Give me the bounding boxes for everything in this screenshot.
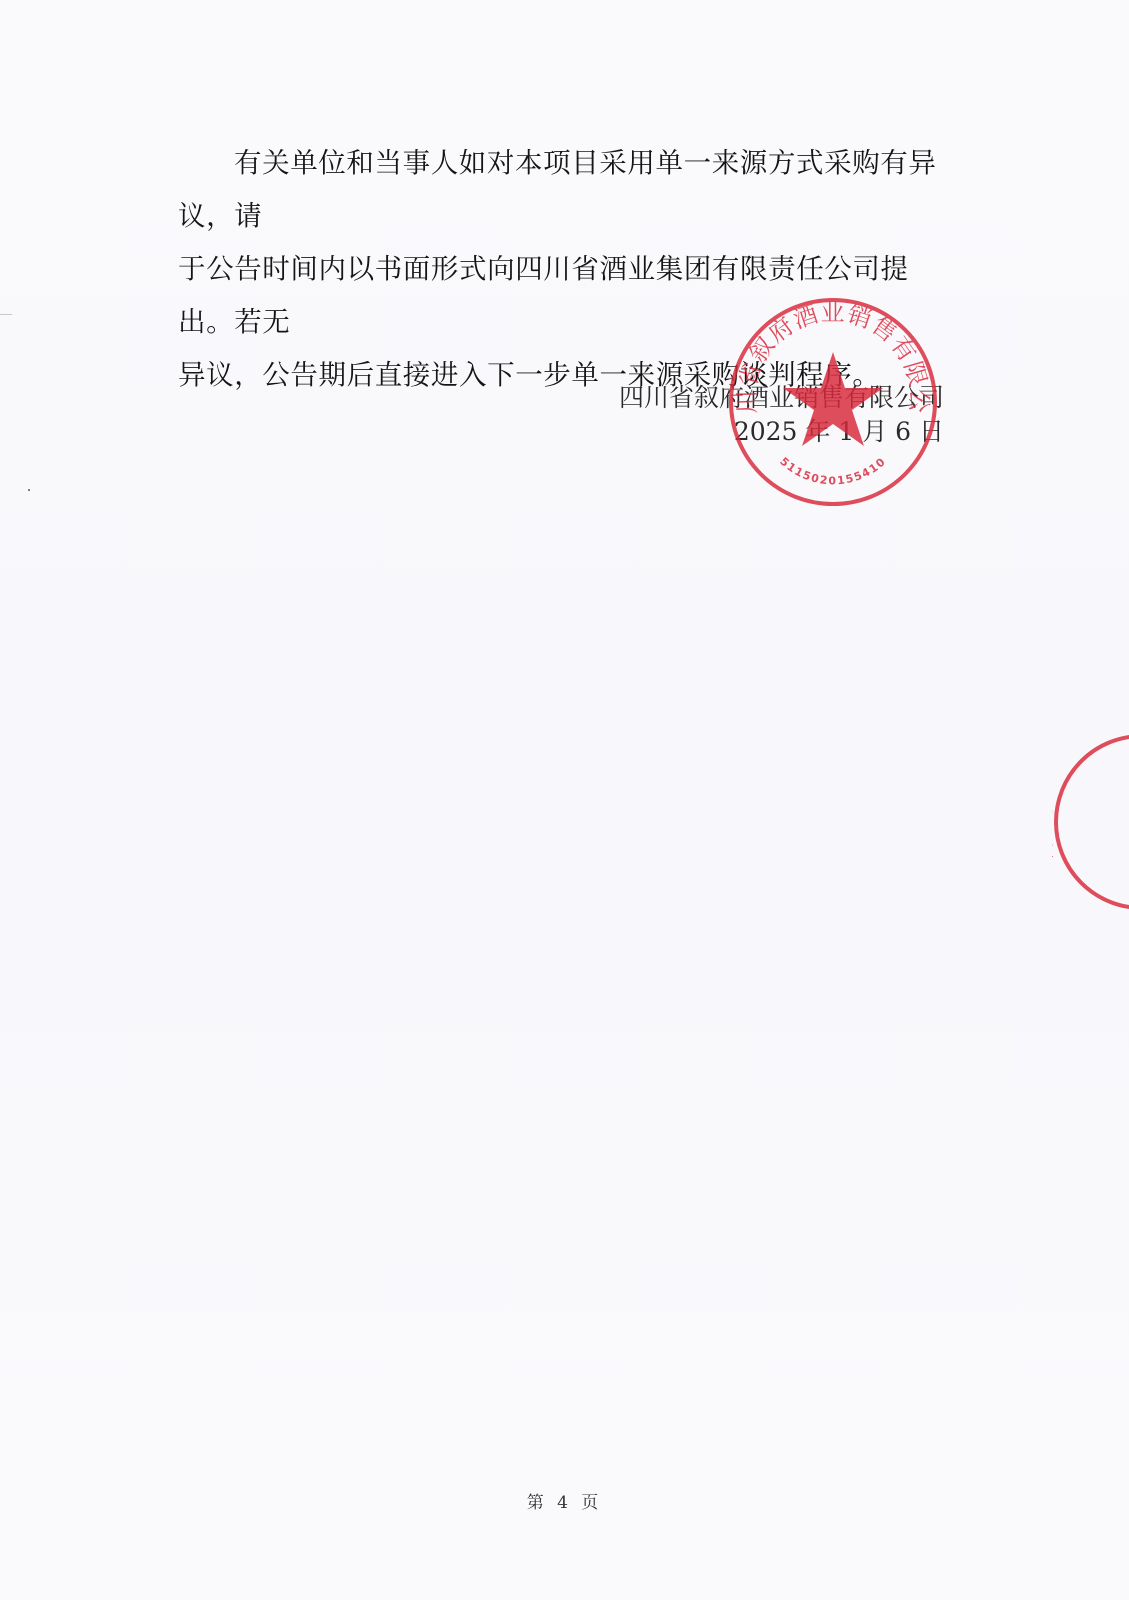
paragraph-line-1: 有关单位和当事人如对本项目采用单一来源方式采购有异议，请 bbox=[178, 137, 954, 243]
paragraph-line-2: 于公告时间内以书面形式向四川省酒业集团有限责任公司提出。若无 bbox=[178, 243, 954, 349]
partial-seal-icon: 售有限公司 bbox=[1052, 732, 1129, 912]
signature-block: 四川省叙府酒业销售有限公司 2025 年 1 月 6 日 bbox=[619, 381, 944, 449]
scan-margin-mark bbox=[0, 314, 12, 315]
signature-company: 四川省叙府酒业销售有限公司 bbox=[619, 381, 944, 415]
scan-dust-dot bbox=[28, 489, 30, 491]
notice-paragraph: 有关单位和当事人如对本项目采用单一来源方式采购有异议，请 于公告时间内以书面形式… bbox=[178, 137, 954, 402]
partial-seal-text: 售有限公司 bbox=[1052, 787, 1054, 887]
page-number: 第 4 页 bbox=[0, 1488, 1129, 1513]
document-page: 有关单位和当事人如对本项目采用单一来源方式采购有异议，请 于公告时间内以书面形式… bbox=[0, 0, 1129, 1600]
signature-date: 2025 年 1 月 6 日 bbox=[619, 415, 944, 449]
